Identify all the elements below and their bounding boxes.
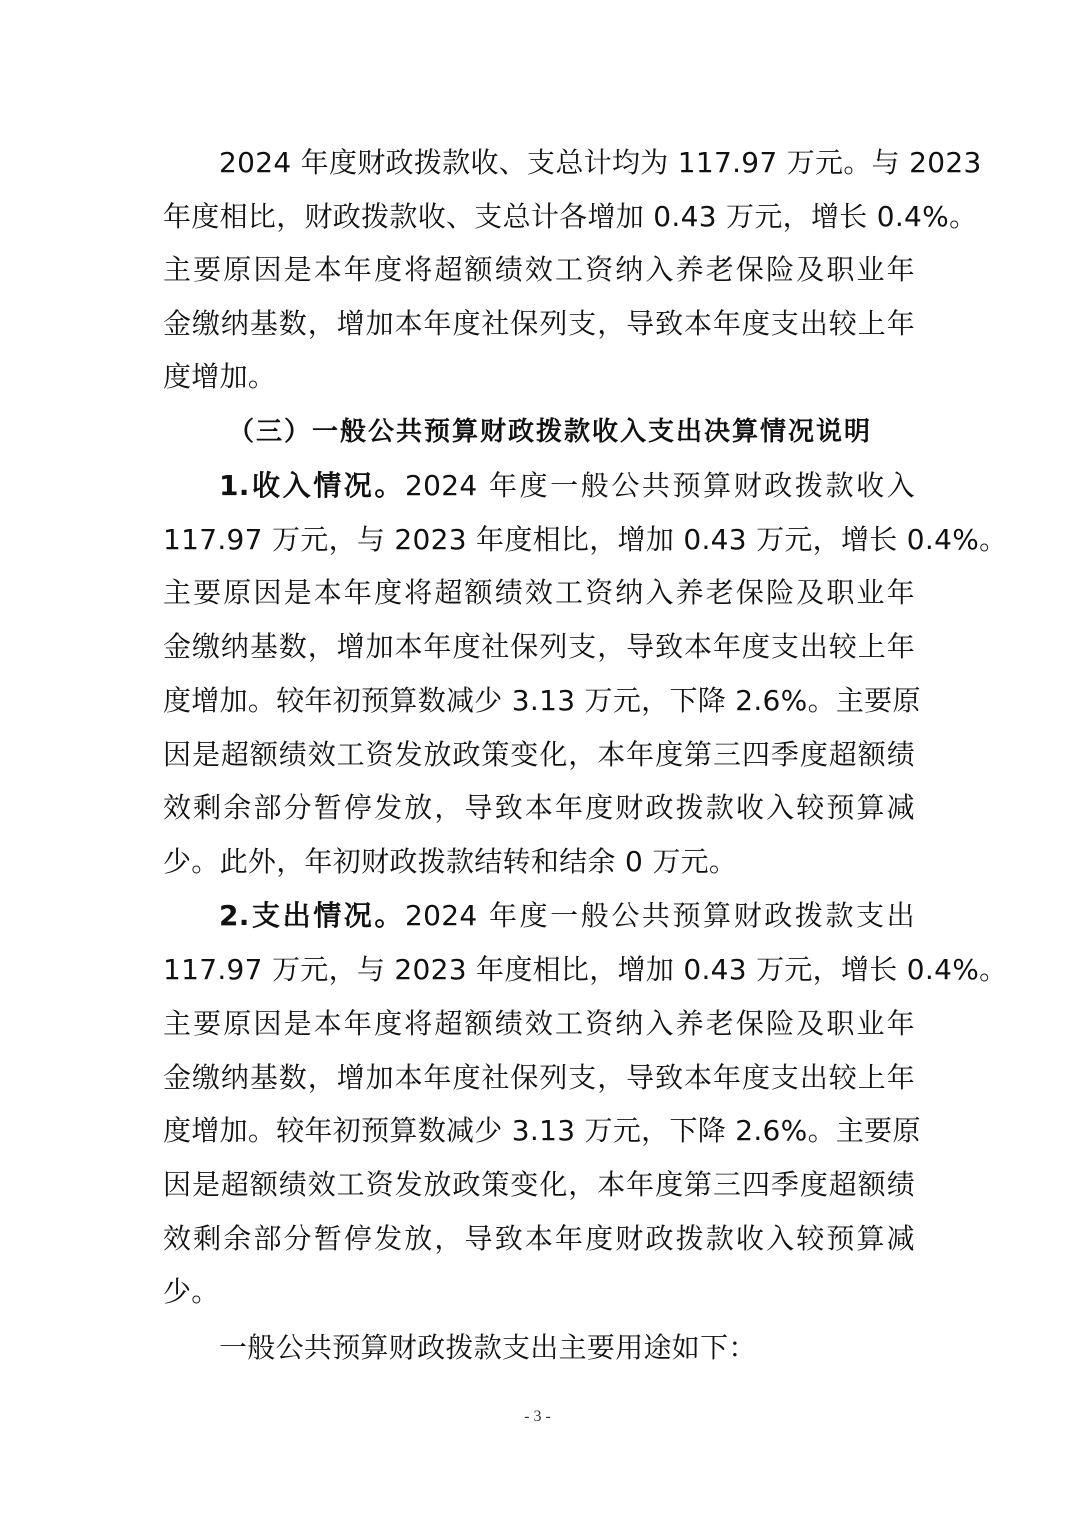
section-heading: （三）一般公共预算财政拨款收入支出决算情况说明 <box>228 412 888 452</box>
income-line-1: 1.收入情况。2024 年度一般公共预算财政拨款收入 <box>219 466 915 506</box>
page-number: - 3 - <box>0 1408 1075 1426</box>
expenditure-line-3: 主要原因是本年度将超额绩效工资纳入养老保险及职业年 <box>163 1004 915 1044</box>
paragraph-1-line-3: 主要原因是本年度将超额绩效工资纳入养老保险及职业年 <box>163 250 915 290</box>
income-line-4: 金缴纳基数，增加本年度社保列支，导致本年度支出较上年 <box>163 627 915 667</box>
expenditure-line-5: 度增加。较年初预算数减少 3.13 万元，下降 2.6%。主要原 <box>163 1111 915 1151</box>
expenditure-line-2: 117.97 万元，与 2023 年度相比，增加 0.43 万元，增长 0.4%… <box>163 950 915 990</box>
income-line-1-text: 2024 年度一般公共预算财政拨款收入 <box>405 469 915 502</box>
paragraph-1-line-4: 金缴纳基数，增加本年度社保列支，导致本年度支出较上年 <box>163 304 915 344</box>
income-line-8: 少。此外，年初财政拨款结转和结余 0 万元。 <box>163 842 915 882</box>
paragraph-1-line-1: 2024 年度财政拨款收、支总计均为 117.97 万元。与 2023 <box>219 143 915 183</box>
expenditure-line-8: 少。 <box>163 1272 915 1312</box>
paragraph-1-line-2: 年度相比，财政拨款收、支总计各增加 0.43 万元，增长 0.4%。 <box>163 197 915 237</box>
expenditure-line-4: 金缴纳基数，增加本年度社保列支，导致本年度支出较上年 <box>163 1058 915 1098</box>
expenditure-line-1-text: 2024 年度一般公共预算财政拨款支出 <box>405 899 915 932</box>
document-page: 2024 年度财政拨款收、支总计均为 117.97 万元。与 2023 年度相比… <box>0 0 1075 1520</box>
income-line-3: 主要原因是本年度将超额绩效工资纳入养老保险及职业年 <box>163 573 915 613</box>
expenditure-label: 2.支出情况。 <box>219 899 405 932</box>
income-line-6: 因是超额绩效工资发放政策变化，本年度第三四季度超额绩 <box>163 735 915 775</box>
income-line-7: 效剩余部分暂停发放，导致本年度财政拨款收入较预算减 <box>163 788 915 828</box>
income-label: 1.收入情况。 <box>219 469 405 502</box>
income-line-2: 117.97 万元，与 2023 年度相比，增加 0.43 万元，增长 0.4%… <box>163 520 915 560</box>
income-line-5: 度增加。较年初预算数减少 3.13 万元，下降 2.6%。主要原 <box>163 681 915 721</box>
uses-intro: 一般公共预算财政拨款支出主要用途如下： <box>219 1328 915 1368</box>
expenditure-line-1: 2.支出情况。2024 年度一般公共预算财政拨款支出 <box>219 896 915 936</box>
expenditure-line-6: 因是超额绩效工资发放政策变化，本年度第三四季度超额绩 <box>163 1165 915 1205</box>
expenditure-line-7: 效剩余部分暂停发放，导致本年度财政拨款收入较预算减 <box>163 1219 915 1259</box>
paragraph-1-line-5: 度增加。 <box>163 357 915 397</box>
